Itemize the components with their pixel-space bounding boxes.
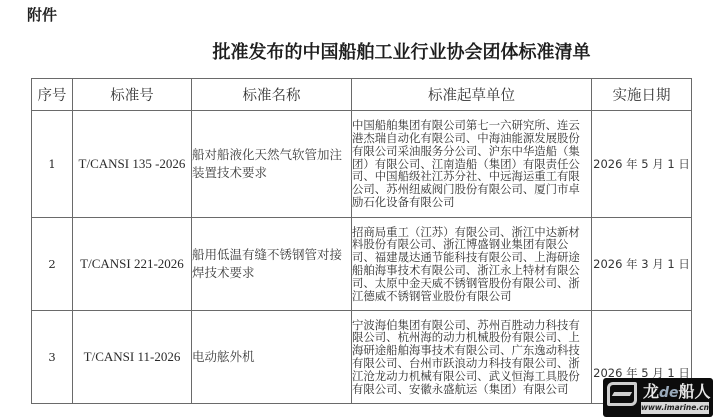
header-date: 实施日期 [592, 79, 692, 111]
row-code: T/CANSI 135 -2026 [73, 111, 192, 218]
standards-table: 序号 标准号 标准名称 标准起草单位 实施日期 1 T/CANSI 135 -2… [31, 78, 692, 404]
boat-logo-icon [607, 382, 637, 406]
attachment-label: 附件 [27, 4, 57, 25]
row-name: 船用低温有缝不锈钢管对接焊技术要求 [192, 218, 352, 311]
table-header-row: 序号 标准号 标准名称 标准起草单位 实施日期 [32, 79, 692, 111]
row-units: 中国船舶集团有限公司第七一六研究所、连云港杰瑞自动化有限公司、中海油能源发展股份… [352, 111, 592, 218]
brand-mid: de [659, 385, 679, 401]
header-seq: 序号 [32, 79, 73, 111]
watermark-logo: 龙de船人 www.imarine.cn [603, 378, 713, 417]
header-code: 标准号 [73, 79, 192, 111]
row-seq: 2 [32, 218, 73, 311]
watermark-url: www.imarine.cn [641, 402, 709, 414]
row-date: 2026 年 3 月 1 日 [592, 218, 692, 311]
table-row: 3 T/CANSI 11-2026 电动舷外机 宁波海伯集团有限公司、苏州百胜动… [32, 311, 692, 404]
document-title: 批准发布的中国船舶工业行业协会团体标准清单 [0, 38, 713, 64]
row-seq: 3 [32, 311, 73, 404]
row-name: 电动舷外机 [192, 311, 352, 404]
brand-suffix: 船人 [679, 382, 711, 401]
table-row: 2 T/CANSI 221-2026 船用低温有缝不锈钢管对接焊技术要求 招商局… [32, 218, 692, 311]
header-units: 标准起草单位 [352, 79, 592, 111]
watermark-brand: 龙de船人 [643, 379, 711, 402]
row-code: T/CANSI 11-2026 [73, 311, 192, 404]
row-units: 宁波海伯集团有限公司、苏州百胜动力科技有限公司、杭州海的动力机械股份有限公司、上… [352, 311, 592, 404]
row-date: 2026 年 5 月 1 日 [592, 111, 692, 218]
header-name: 标准名称 [192, 79, 352, 111]
brand-prefix: 龙 [643, 382, 659, 401]
row-seq: 1 [32, 111, 73, 218]
row-name: 船对船液化天然气软管加注装置技术要求 [192, 111, 352, 218]
row-units: 招商局重工（江苏）有限公司、浙江中达新材料股份有限公司、浙江博盛钢业集团有限公司… [352, 218, 592, 311]
table-row: 1 T/CANSI 135 -2026 船对船液化天然气软管加注装置技术要求 中… [32, 111, 692, 218]
row-code: T/CANSI 221-2026 [73, 218, 192, 311]
